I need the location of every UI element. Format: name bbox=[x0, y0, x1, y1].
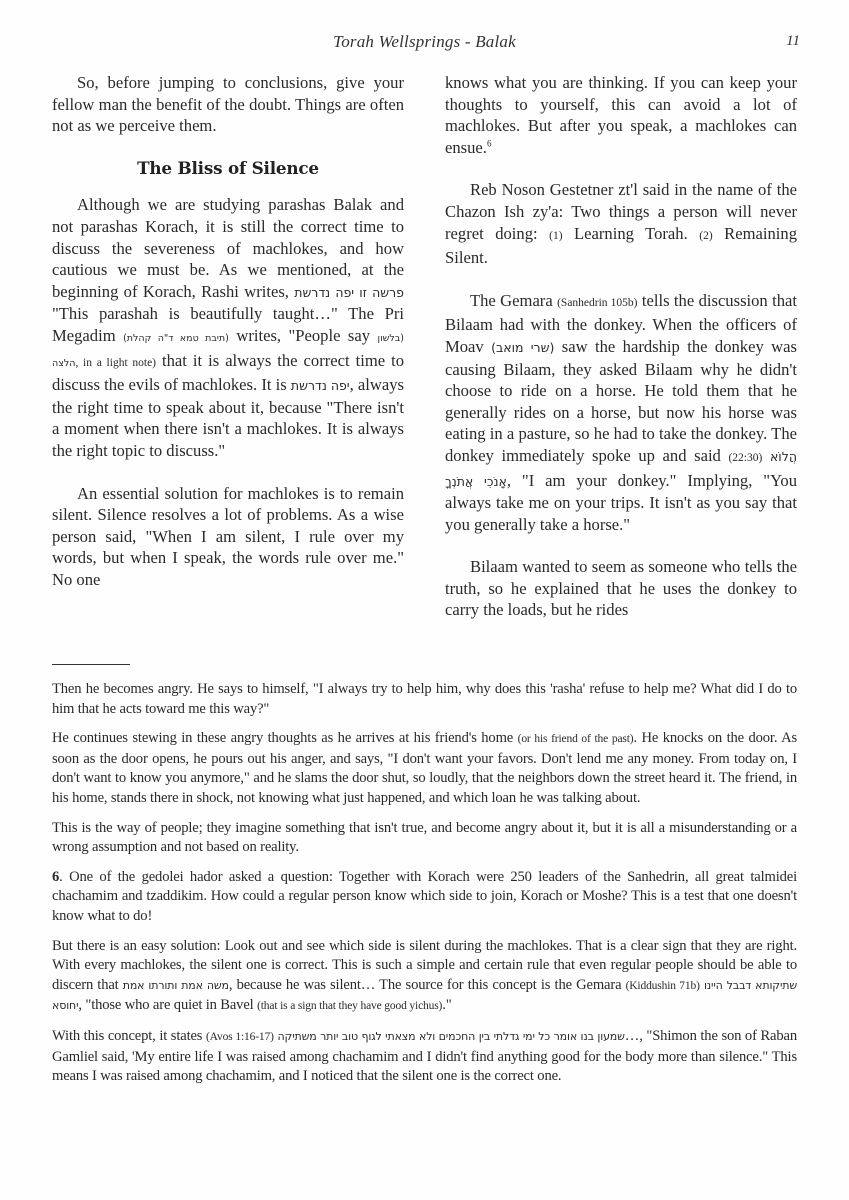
text-run: Learning Torah. bbox=[563, 224, 700, 243]
paragraph-solution-silence: An essential solution for machlokes is t… bbox=[52, 483, 404, 591]
parenthetical-note: (or his friend of the past) bbox=[518, 733, 634, 745]
paragraph-bilaam-truth: Bilaam wanted to seem as someone who tel… bbox=[445, 556, 797, 621]
text-run: , because he was silent… The source for … bbox=[229, 977, 626, 993]
source-reference: (Sanhedrin 105b) bbox=[557, 297, 637, 309]
footnote-paragraph: But there is an easy solution: Look out … bbox=[52, 937, 797, 1017]
source-reference: (תיבת טמא ד"ה קהלת) bbox=[123, 333, 229, 344]
verse-reference: (22:30) bbox=[728, 452, 762, 464]
paragraph-benefit-of-doubt: So, before jumping to conclusions, give … bbox=[52, 72, 404, 137]
right-column: knows what you are thinking. If you can … bbox=[445, 72, 797, 642]
source-reference: (Avos 1:16-17) bbox=[206, 1031, 274, 1043]
text-run: ." bbox=[442, 997, 451, 1013]
source-reference: (Kiddushin 71b) bbox=[626, 980, 700, 992]
paragraph-parashas-balak: Although we are studying parashas Balak … bbox=[52, 194, 404, 461]
paragraph-continuation: knows what you are thinking. If you can … bbox=[445, 72, 797, 158]
book-page: Torah Wellsprings - Balak 11 So, before … bbox=[0, 0, 849, 1200]
footnote-paragraph: He continues stewing in these angry thou… bbox=[52, 729, 797, 808]
footnote-paragraph: With this concept, it states (Avos 1:16-… bbox=[52, 1027, 797, 1087]
footnote-reference[interactable]: 6 bbox=[487, 138, 492, 148]
footnotes: Then he becomes angry. He says to himsel… bbox=[52, 680, 797, 1097]
text-run: The Gemara bbox=[470, 291, 557, 310]
text-run: knows what you are thinking. If you can … bbox=[445, 73, 797, 157]
hebrew-quote: פרשה זו יפה נדרשת bbox=[294, 285, 404, 300]
footnote-6: 6. One of the gedolei hador asked a ques… bbox=[52, 868, 797, 927]
hebrew-quote: שמעון בנו אומר כל ימי גדלתי בין החכמים ו… bbox=[278, 1030, 625, 1043]
page-number: 11 bbox=[786, 33, 800, 50]
section-heading: The Bliss of Silence bbox=[52, 158, 404, 180]
list-marker: (2) bbox=[699, 230, 712, 242]
text-run: saw the hardship the donkey was causing … bbox=[445, 337, 797, 465]
left-column: So, before jumping to conclusions, give … bbox=[52, 72, 404, 611]
footnote-paragraph: Then he becomes angry. He says to himsel… bbox=[52, 680, 797, 719]
paragraph-gemara-donkey: The Gemara (Sanhedrin 105b) tells the di… bbox=[445, 290, 797, 536]
list-marker: (1) bbox=[549, 230, 562, 242]
text-run: With this concept, it states bbox=[52, 1028, 206, 1044]
text-run: , "those who are quiet in Bavel bbox=[78, 997, 257, 1013]
hebrew-quote: יפה נדרשת bbox=[291, 378, 350, 393]
paragraph-reb-noson: Reb Noson Gestetner zt'l said in the nam… bbox=[445, 179, 797, 268]
footnote-paragraph: This is the way of people; they imagine … bbox=[52, 819, 797, 858]
text-run: writes, "People say bbox=[229, 326, 378, 345]
english-note: , in a light note) bbox=[75, 357, 156, 369]
footnote-separator bbox=[52, 664, 130, 665]
text-run: He continues stewing in these angry thou… bbox=[52, 730, 518, 746]
hebrew-term: (שרי מואב) bbox=[491, 340, 554, 355]
hebrew-phrase: משה אמת ותורתו אמת bbox=[123, 979, 229, 992]
text-run: . One of the gedolei hador asked a quest… bbox=[52, 869, 797, 924]
running-head: Torah Wellsprings - Balak 11 bbox=[52, 32, 797, 56]
running-title: Torah Wellsprings - Balak bbox=[52, 32, 797, 52]
parenthetical-note: (that is a sign that they have good yich… bbox=[257, 1000, 442, 1012]
